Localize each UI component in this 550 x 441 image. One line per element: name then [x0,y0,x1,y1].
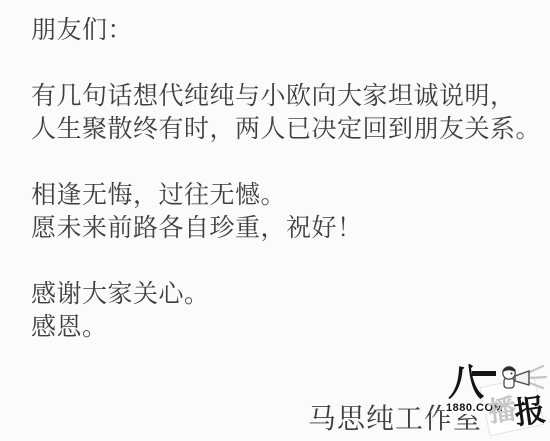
announcement-page: 朋友们： 有几句话想代纯纯与小欧向大家坦诚说明， 人生聚散终有时，两人已决定回到… [0,0,550,441]
body-line: 感恩。 [31,311,524,344]
body-line: 有几句话想代纯纯与小欧向大家坦诚说明， [31,80,524,113]
body-line: 相逢无悔，过往无憾。 [31,179,524,212]
paragraph-3: 感谢大家关心。 感恩。 [31,278,524,344]
paragraph-1: 有几句话想代纯纯与小欧向大家坦诚说明， 人生聚散终有时，两人已决定回到朋友关系。 [31,80,524,146]
salutation-line: 朋友们： [31,14,524,47]
paragraph-2: 相逢无悔，过往无憾。 愿未来前路各自珍重，祝好！ [31,179,524,245]
body-line: 感谢大家关心。 [31,278,524,311]
body-line: 人生聚散终有时，两人已决定回到朋友关系。 [31,113,524,146]
statement-body: 朋友们： 有几句话想代纯纯与小欧向大家坦诚说明， 人生聚散终有时，两人已决定回到… [0,0,550,436]
body-line: 愿未来前路各自珍重，祝好！ [31,212,524,245]
signature-line: 马思纯工作室 [31,402,524,436]
